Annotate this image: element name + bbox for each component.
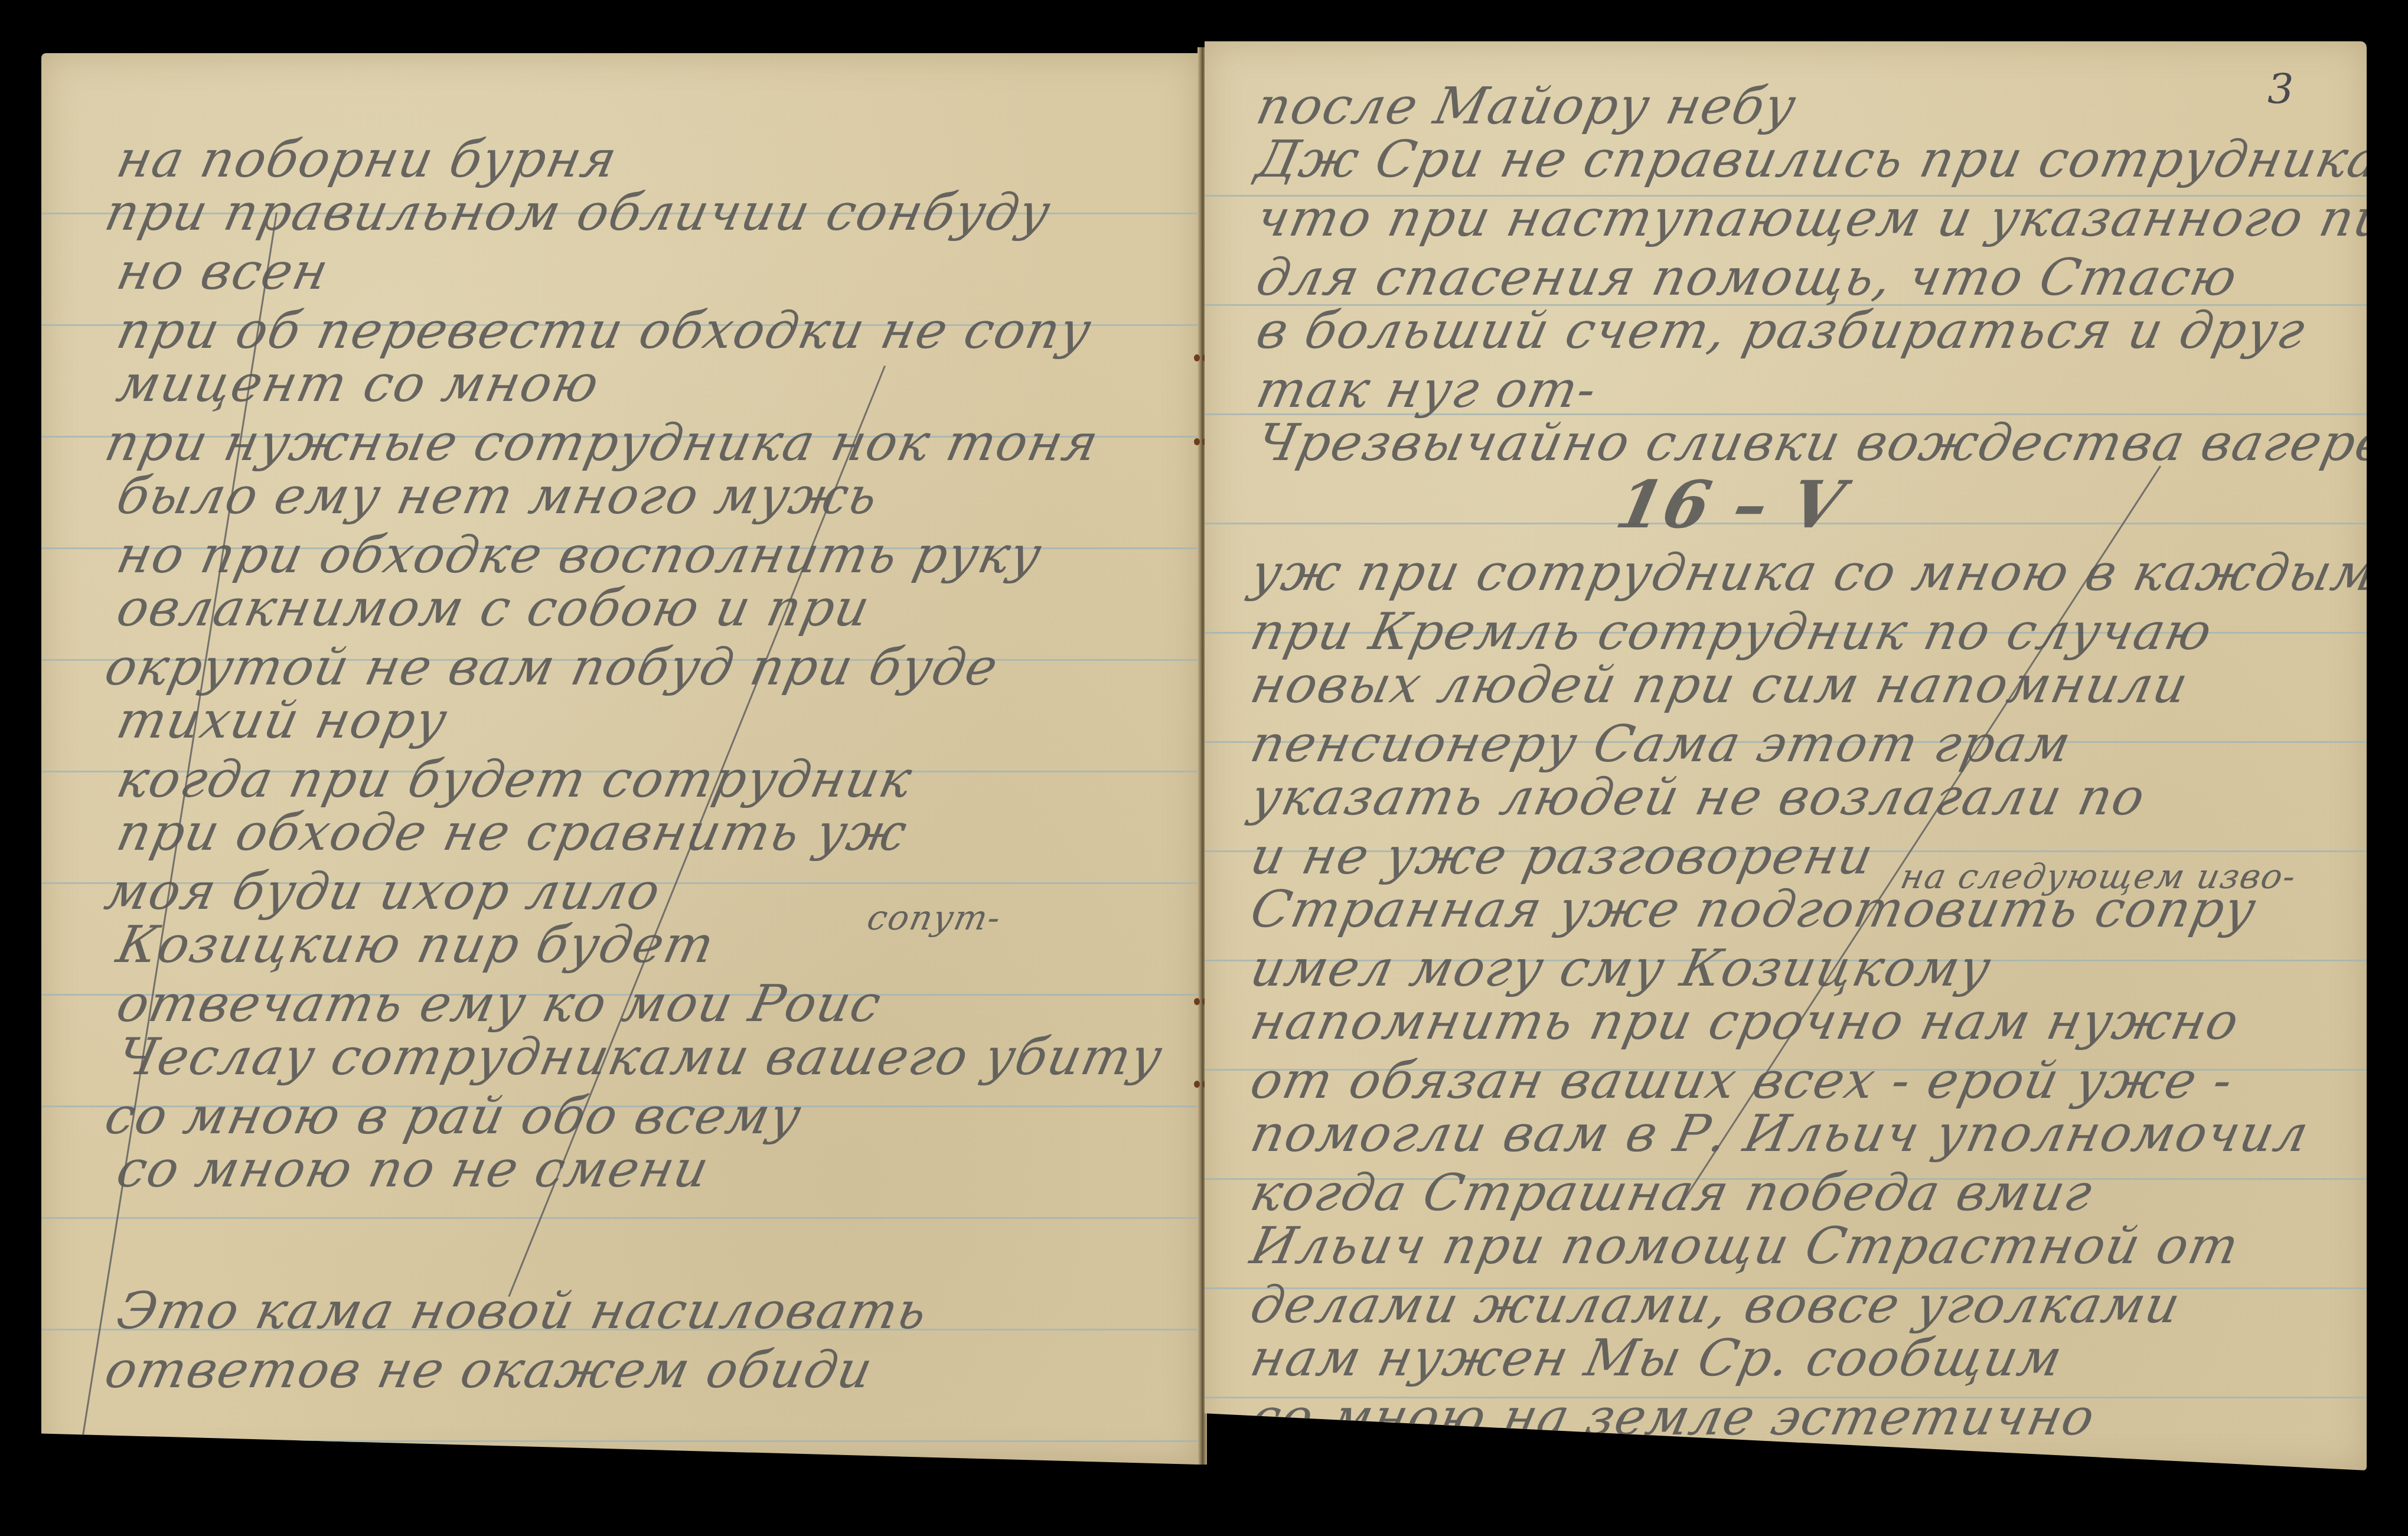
handwritten-line: когда Страшная победа вмиг xyxy=(1245,1163,2098,1222)
handwritten-line: когда при будет сотрудник xyxy=(112,750,918,809)
handwritten-line: при правильном обличии сонбуду xyxy=(100,183,1056,242)
handwritten-line: помогли вам в Р. Ильич уполномочил xyxy=(1245,1104,2314,1163)
ruled-line xyxy=(41,1440,1199,1442)
handwritten-line: на поборни бурня xyxy=(112,130,622,189)
handwritten-line: 16 – V xyxy=(1610,467,1851,543)
handwritten-line: для спасения помощь, что Стасю xyxy=(1251,248,2243,307)
handwritten-line: новых людей при сим напомнили xyxy=(1245,656,2194,715)
handwritten-line: нам нужен Мы Ср. сообщим xyxy=(1245,1329,2068,1388)
staple-hole xyxy=(1194,438,1200,445)
handwritten-line: и не уже разговорени xyxy=(1245,827,1879,886)
handwritten-line: при нужные сотрудника нок тоня xyxy=(100,413,1104,472)
handwritten-line: Чеслау сотрудниками вашего убиту xyxy=(112,1028,1168,1087)
handwritten-line: делами жилами, вовсе уголками xyxy=(1245,1276,2186,1335)
handwritten-line: Козицкию пир будет xyxy=(112,915,720,974)
staple-hole xyxy=(1194,354,1200,361)
handwritten-line: но всен xyxy=(112,242,334,301)
ruled-line xyxy=(41,1217,1199,1219)
handwritten-line: указать людей не возлагали по xyxy=(1245,768,2151,827)
handwritten-line: при обходе не сравнить уж xyxy=(112,803,913,862)
right-page: 3 после Майору небуДж Сри не справились … xyxy=(1205,41,2367,1470)
handwritten-line: мицент со мною xyxy=(112,354,605,413)
handwritten-line: тихий нору xyxy=(112,691,453,750)
handwritten-line: напомнить при срочно нам нужно xyxy=(1245,992,2244,1051)
handwritten-line: при Кремль сотрудник по случаю xyxy=(1245,602,2218,661)
handwritten-line: в больший счет, разбираться и друг xyxy=(1251,301,2311,360)
handwritten-line: имел могу сму Козицкому xyxy=(1245,939,1996,998)
left-page: на поборни бурняпри правильном обличии с… xyxy=(41,53,1199,1465)
handwritten-line: так нуг от- xyxy=(1251,360,1602,419)
handwritten-line: Ильич при помощи Страстной от xyxy=(1245,1217,2244,1276)
handwritten-line: после Майору небу xyxy=(1251,77,1802,136)
page-number: 3 xyxy=(2267,65,2294,113)
handwritten-line: сопут- xyxy=(864,898,1005,938)
handwritten-line: но при обходке восполнить руку xyxy=(112,526,1048,585)
handwritten-line: от обязан ваших всех - ерой уже - xyxy=(1245,1051,2239,1110)
staple-hole xyxy=(1194,998,1200,1005)
handwritten-line: моя буди ихор лило xyxy=(100,862,666,921)
handwritten-line: со мною на земле эстетично xyxy=(1245,1388,2100,1447)
handwritten-line: со мною в рай обо всему xyxy=(100,1087,807,1146)
handwritten-line: Это кама новой насиловать xyxy=(112,1281,933,1341)
handwritten-line: пенсионеру Сама этот грам xyxy=(1245,715,2077,774)
handwritten-line: Дж Сри не справились при сотрудниках и xyxy=(1251,130,2408,189)
handwritten-line: со мною по не смени xyxy=(112,1140,714,1199)
handwritten-line: уж при сотрудника со мною в каждым xyxy=(1245,543,2381,602)
handwritten-line: отвечать ему ко мои Роис xyxy=(112,974,887,1033)
handwritten-line: ответов не окажем обиди xyxy=(100,1341,878,1400)
handwritten-line: что при наступающем и указанного письма xyxy=(1251,189,2408,248)
handwritten-line: Чрезвычайно сливки вождества вагере xyxy=(1251,413,2393,472)
handwritten-line: окрутой не вам побуд при буде xyxy=(100,638,1004,697)
handwritten-line: на следующем изво- xyxy=(1897,856,2301,896)
handwritten-line: овлакнимом с собою и при xyxy=(112,579,876,638)
staple-hole xyxy=(1194,1081,1200,1088)
